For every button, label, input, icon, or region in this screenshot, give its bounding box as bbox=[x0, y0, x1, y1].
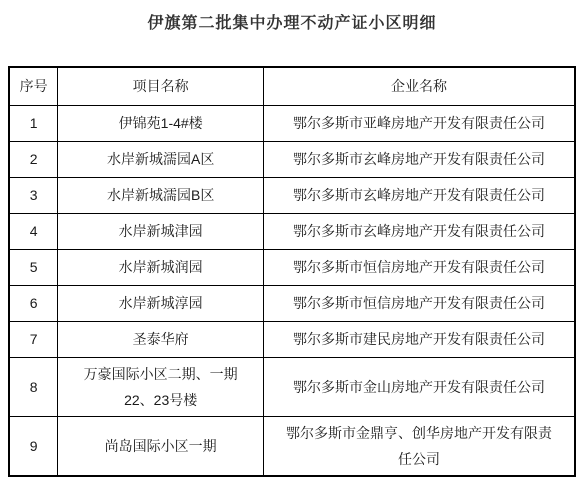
cell-company: 鄂尔多斯市玄峰房地产开发有限责任公司 bbox=[263, 177, 575, 213]
cell-project: 水岸新城濡园A区 bbox=[58, 141, 264, 177]
cell-project: 尚岛国际小区一期 bbox=[58, 416, 264, 476]
header-row: 序号 项目名称 企业名称 bbox=[9, 67, 575, 105]
header-cell-project: 项目名称 bbox=[58, 67, 264, 105]
cell-project: 水岸新城淳园 bbox=[58, 285, 264, 321]
table-row: 1 伊锦苑1-4#楼 鄂尔多斯市亚峰房地产开发有限责任公司 bbox=[9, 105, 575, 141]
cell-project: 水岸新城润园 bbox=[58, 249, 264, 285]
certificate-details-table: 序号 项目名称 企业名称 1 伊锦苑1-4#楼 鄂尔多斯市亚峰房地产开发有限责任… bbox=[8, 66, 576, 477]
cell-no: 2 bbox=[9, 141, 58, 177]
table-row: 9 尚岛国际小区一期 鄂尔多斯市金鼎亨、创华房地产开发有限责 任公司 bbox=[9, 416, 575, 476]
cell-no: 5 bbox=[9, 249, 58, 285]
cell-company: 鄂尔多斯市金鼎亨、创华房地产开发有限责 任公司 bbox=[263, 416, 575, 476]
table-row: 6 水岸新城淳园 鄂尔多斯市恒信房地产开发有限责任公司 bbox=[9, 285, 575, 321]
header-cell-no: 序号 bbox=[9, 67, 58, 105]
table-row: 3 水岸新城濡园B区 鄂尔多斯市玄峰房地产开发有限责任公司 bbox=[9, 177, 575, 213]
header-cell-company: 企业名称 bbox=[263, 67, 575, 105]
cell-company: 鄂尔多斯市恒信房地产开发有限责任公司 bbox=[263, 285, 575, 321]
cell-project: 伊锦苑1-4#楼 bbox=[58, 105, 264, 141]
table-header: 序号 项目名称 企业名称 bbox=[9, 67, 575, 105]
cell-company: 鄂尔多斯市玄峰房地产开发有限责任公司 bbox=[263, 141, 575, 177]
cell-company: 鄂尔多斯市金山房地产开发有限责任公司 bbox=[263, 357, 575, 416]
cell-company: 鄂尔多斯市玄峰房地产开发有限责任公司 bbox=[263, 213, 575, 249]
cell-no: 6 bbox=[9, 285, 58, 321]
cell-no: 4 bbox=[9, 213, 58, 249]
table-row: 2 水岸新城濡园A区 鄂尔多斯市玄峰房地产开发有限责任公司 bbox=[9, 141, 575, 177]
table-row: 5 水岸新城润园 鄂尔多斯市恒信房地产开发有限责任公司 bbox=[9, 249, 575, 285]
table-row: 4 水岸新城津园 鄂尔多斯市玄峰房地产开发有限责任公司 bbox=[9, 213, 575, 249]
cell-company: 鄂尔多斯市恒信房地产开发有限责任公司 bbox=[263, 249, 575, 285]
table-row: 8 万豪国际小区二期、一期 22、23号楼 鄂尔多斯市金山房地产开发有限责任公司 bbox=[9, 357, 575, 416]
cell-no: 8 bbox=[9, 357, 58, 416]
cell-project: 圣泰华府 bbox=[58, 321, 264, 357]
cell-company: 鄂尔多斯市亚峰房地产开发有限责任公司 bbox=[263, 105, 575, 141]
cell-project: 水岸新城濡园B区 bbox=[58, 177, 264, 213]
table-row: 7 圣泰华府 鄂尔多斯市建民房地产开发有限责任公司 bbox=[9, 321, 575, 357]
cell-no: 9 bbox=[9, 416, 58, 476]
cell-company: 鄂尔多斯市建民房地产开发有限责任公司 bbox=[263, 321, 575, 357]
page-title: 伊旗第二批集中办理不动产证小区明细 bbox=[0, 14, 584, 34]
cell-project: 水岸新城津园 bbox=[58, 213, 264, 249]
cell-project: 万豪国际小区二期、一期 22、23号楼 bbox=[58, 357, 264, 416]
cell-no: 3 bbox=[9, 177, 58, 213]
table-body: 1 伊锦苑1-4#楼 鄂尔多斯市亚峰房地产开发有限责任公司 2 水岸新城濡园A区… bbox=[9, 105, 575, 476]
cell-no: 7 bbox=[9, 321, 58, 357]
cell-no: 1 bbox=[9, 105, 58, 141]
